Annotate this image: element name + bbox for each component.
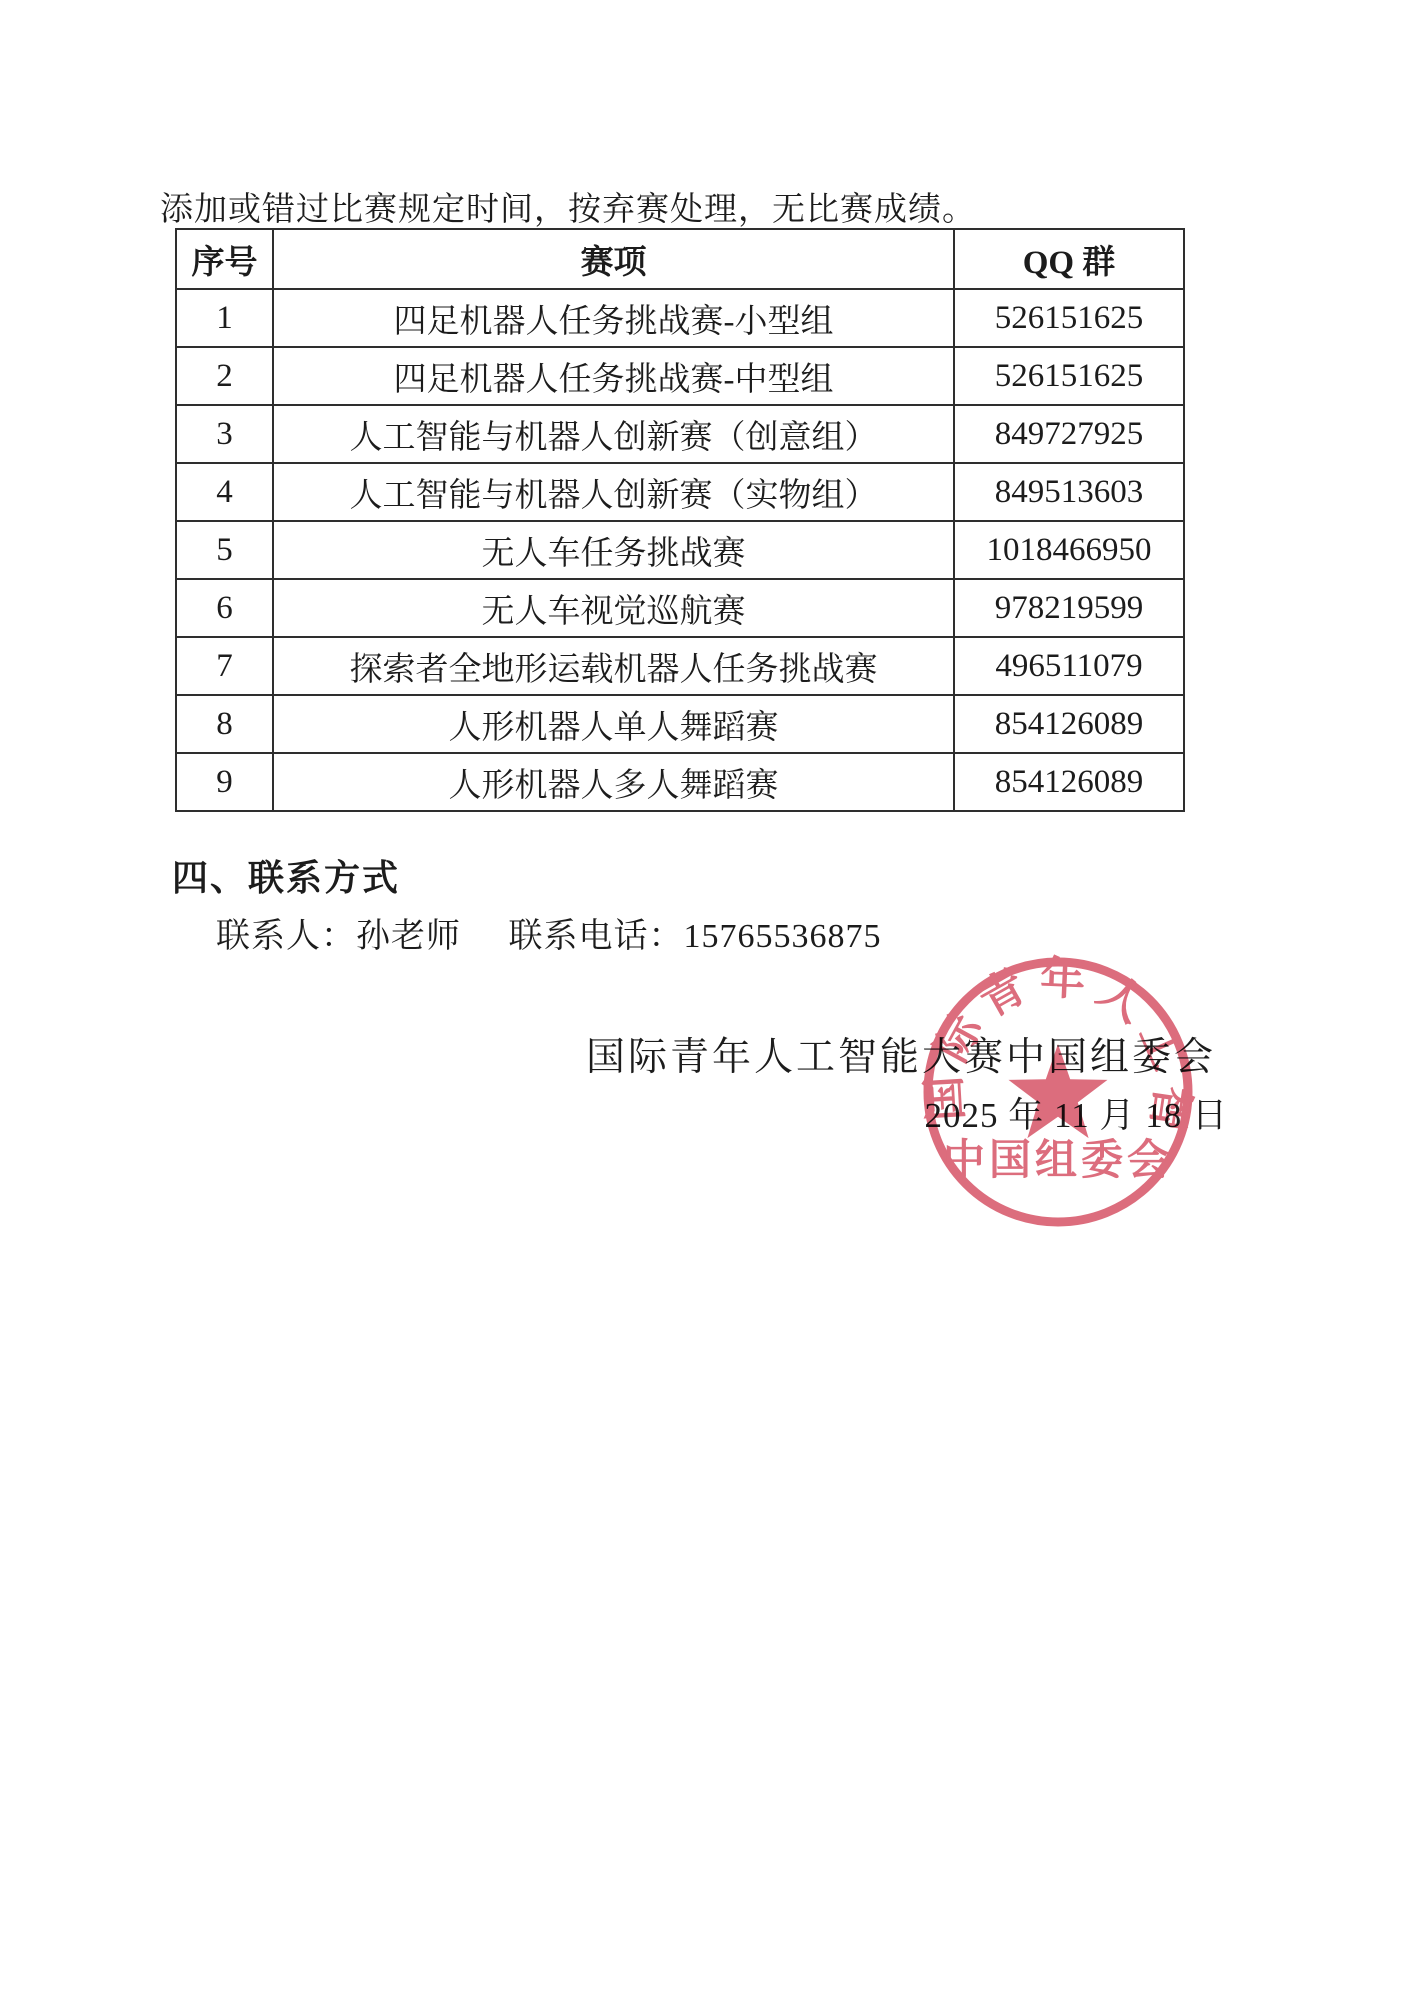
cell-event: 无人车任务挑战赛 [273, 521, 954, 579]
document-page: 添加或错过比赛规定时间，按弃赛处理，无比赛成绩。 序号 赛项 QQ 群 1四足机… [0, 0, 1414, 2000]
cell-qq-group: 849727925 [954, 405, 1184, 463]
contact-phone: 联系电话：15765536875 [509, 918, 882, 955]
cell-index: 5 [176, 521, 273, 579]
cell-qq-group: 496511079 [954, 637, 1184, 695]
contact-person: 联系人：孙老师 [216, 918, 461, 955]
cell-event: 四足机器人任务挑战赛-小型组 [273, 289, 954, 347]
cell-index: 2 [176, 347, 273, 405]
cell-qq-group: 854126089 [954, 695, 1184, 753]
header-index: 序号 [176, 229, 273, 289]
table-row: 4人工智能与机器人创新赛（实物组）849513603 [176, 463, 1184, 521]
cell-event: 人形机器人单人舞蹈赛 [273, 695, 954, 753]
events-table-header: 序号 赛项 QQ 群 [176, 229, 1184, 289]
section-heading-contact: 四、联系方式 [172, 850, 400, 901]
cell-index: 6 [176, 579, 273, 637]
seal-star-icon [1009, 1044, 1108, 1138]
cell-event: 无人车视觉巡航赛 [273, 579, 954, 637]
cell-event: 人形机器人多人舞蹈赛 [273, 753, 954, 811]
cell-event: 人工智能与机器人创新赛（实物组） [273, 463, 954, 521]
official-seal: 国际青年人工智能大赛 中国组委会 [908, 942, 1208, 1242]
cell-index: 3 [176, 405, 273, 463]
table-row: 9人形机器人多人舞蹈赛854126089 [176, 753, 1184, 811]
cell-index: 7 [176, 637, 273, 695]
cell-index: 8 [176, 695, 273, 753]
cell-index: 4 [176, 463, 273, 521]
cell-qq-group: 978219599 [954, 579, 1184, 637]
cell-event: 人工智能与机器人创新赛（创意组） [273, 405, 954, 463]
table-row: 6无人车视觉巡航赛978219599 [176, 579, 1184, 637]
table-row: 1四足机器人任务挑战赛-小型组526151625 [176, 289, 1184, 347]
cell-qq-group: 849513603 [954, 463, 1184, 521]
contact-line: 联系人：孙老师 联系电话：15765536875 [216, 908, 882, 957]
header-row: 序号 赛项 QQ 群 [176, 229, 1184, 289]
table-row: 7探索者全地形运载机器人任务挑战赛496511079 [176, 637, 1184, 695]
intro-paragraph: 添加或错过比赛规定时间，按弃赛处理，无比赛成绩。 [160, 183, 976, 230]
header-qq-group: QQ 群 [954, 229, 1184, 289]
header-event: 赛项 [273, 229, 954, 289]
cell-event: 四足机器人任务挑战赛-中型组 [273, 347, 954, 405]
events-table-body: 1四足机器人任务挑战赛-小型组5261516252四足机器人任务挑战赛-中型组5… [176, 289, 1184, 811]
cell-qq-group: 526151625 [954, 289, 1184, 347]
table-row: 5无人车任务挑战赛1018466950 [176, 521, 1184, 579]
cell-qq-group: 854126089 [954, 753, 1184, 811]
table-row: 8人形机器人单人舞蹈赛854126089 [176, 695, 1184, 753]
cell-event: 探索者全地形运载机器人任务挑战赛 [273, 637, 954, 695]
cell-qq-group: 526151625 [954, 347, 1184, 405]
cell-index: 1 [176, 289, 273, 347]
table-row: 3人工智能与机器人创新赛（创意组）849727925 [176, 405, 1184, 463]
cell-qq-group: 1018466950 [954, 521, 1184, 579]
seal-bottom-text: 中国组委会 [943, 1136, 1173, 1183]
cell-index: 9 [176, 753, 273, 811]
events-table: 序号 赛项 QQ 群 1四足机器人任务挑战赛-小型组5261516252四足机器… [175, 228, 1185, 812]
table-row: 2四足机器人任务挑战赛-中型组526151625 [176, 347, 1184, 405]
